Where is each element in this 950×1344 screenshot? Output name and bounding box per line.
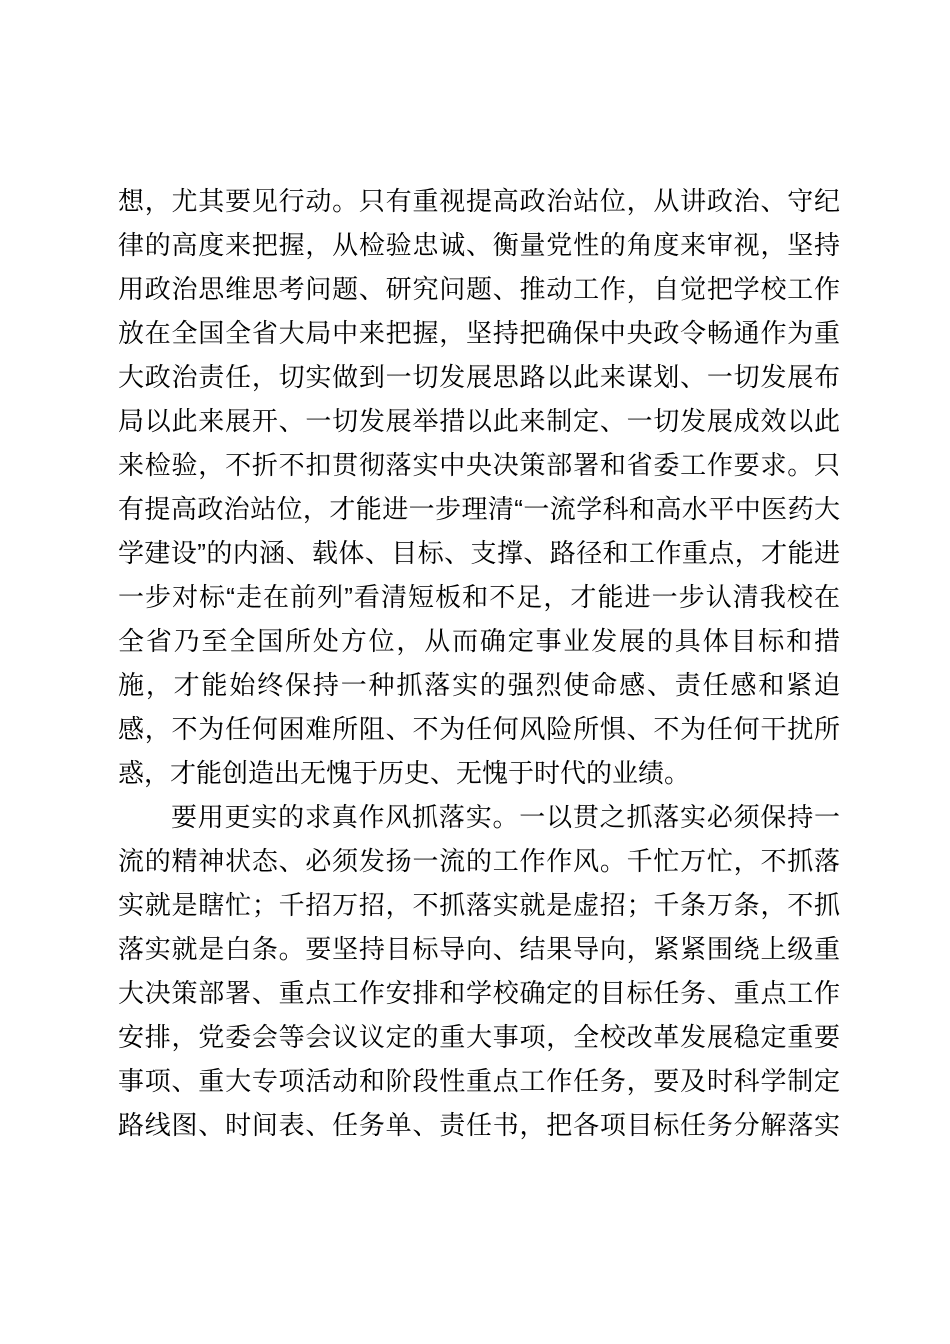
text-line: 惑，才能创造出无愧于历史、无愧于时代的业绩。: [118, 751, 840, 795]
text-line: 路线图、时间表、任务单、责任书，把各项目标任务分解落实: [118, 1103, 840, 1147]
text-line: 落实就是白条。要坚持目标导向、结果导向，紧紧围绕上级重: [118, 927, 840, 971]
text-line: 全省乃至全国所处方位，从而确定事业发展的具体目标和措: [118, 619, 840, 663]
text-line: 安排，党委会等会议议定的重大事项，全校改革发展稳定重要: [118, 1015, 840, 1059]
text-line: 大决策部署、重点工作安排和学校确定的目标任务、重点工作: [118, 971, 840, 1015]
text-line: 用政治思维思考问题、研究问题、推动工作，自觉把学校工作: [118, 267, 840, 311]
text-line: 流的精神状态、必须发扬一流的工作作风。千忙万忙，不抓落: [118, 839, 840, 883]
text-line: 有提高政治站位，才能进一步理清“一流学科和高水平中医药大: [118, 487, 840, 531]
text-line: 律的高度来把握，从检验忠诚、衡量党性的角度来审视，坚持: [118, 223, 840, 267]
text-line: 施，才能始终保持一种抓落实的强烈使命感、责任感和紧迫: [118, 663, 840, 707]
text-line: 感，不为任何困难所阻、不为任何风险所惧、不为任何干扰所: [118, 707, 840, 751]
text-line: 要用更实的求真作风抓落实。一以贯之抓落实必须保持一: [118, 795, 840, 839]
text-line: 想，尤其要见行动。只有重视提高政治站位，从讲政治、守纪: [118, 179, 840, 223]
text-line: 实就是瞎忙；千招万招，不抓落实就是虚招；千条万条，不抓: [118, 883, 840, 927]
document-page: 想，尤其要见行动。只有重视提高政治站位，从讲政治、守纪律的高度来把握，从检验忠诚…: [0, 0, 950, 1344]
document-text: 想，尤其要见行动。只有重视提高政治站位，从讲政治、守纪律的高度来把握，从检验忠诚…: [118, 179, 840, 1147]
text-line: 放在全国全省大局中来把握，坚持把确保中央政令畅通作为重: [118, 311, 840, 355]
text-line: 事项、重大专项活动和阶段性重点工作任务，要及时科学制定: [118, 1059, 840, 1103]
text-line: 学建设”的内涵、载体、目标、支撑、路径和工作重点，才能进: [118, 531, 840, 575]
text-line: 来检验，不折不扣贯彻落实中央决策部署和省委工作要求。只: [118, 443, 840, 487]
text-line: 大政治责任，切实做到一切发展思路以此来谋划、一切发展布: [118, 355, 840, 399]
text-line: 局以此来展开、一切发展举措以此来制定、一切发展成效以此: [118, 399, 840, 443]
text-line: 一步对标“走在前列”看清短板和不足，才能进一步认清我校在: [118, 575, 840, 619]
